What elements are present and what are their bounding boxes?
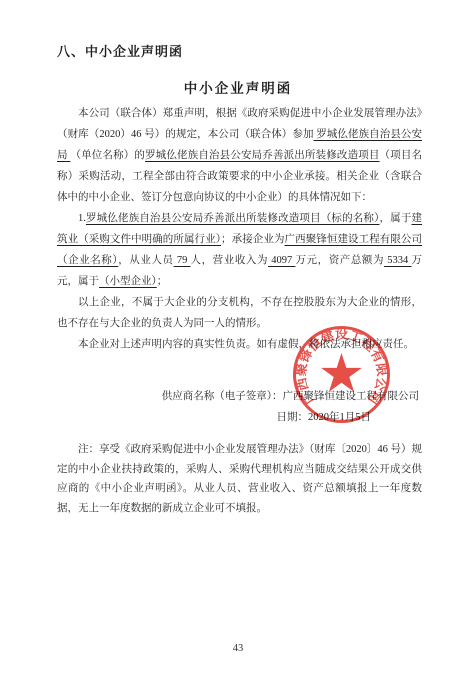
text-segment: 5334 [384, 255, 411, 266]
text-segment: ； [157, 276, 168, 287]
text-segment: 79 [174, 255, 191, 266]
date-line: 日期：2020年1月5日 [162, 407, 371, 428]
paragraph-intro: 本公司（联合体）郑重声明，根据《政府采购促进中小企业发展管理办法》（财库（202… [57, 103, 422, 208]
text-segment: ；承接企业为 [221, 234, 285, 245]
text-segment: 罗城仫佬族自治县公安局乔善派出所装修改造项目 [145, 150, 379, 161]
text-segment: ，属于 [380, 213, 412, 224]
paragraph-no-big-enterprise: 以上企业，不属于大企业的分支机构，不存在控股股东为大企业的情形，也不存在与大企业… [57, 292, 422, 334]
text-segment: 罗城仫佬族自治县公安局乔善派出所装修改造项目（标的名称） [86, 213, 380, 224]
supplier-signature-line: 供应商名称（电子签章）：广西聚锋恒建设工程有限公司 [162, 386, 419, 407]
note-paragraph: 注：享受《政府采购促进中小企业发展管理办法》（财库〔2020〕46 号）规定的中… [57, 440, 422, 518]
page-number: 43 [0, 643, 476, 654]
document-page: 八、中小企业声明函 中小企业声明函 本公司（联合体）郑重声明，根据《政府采购促进… [0, 0, 476, 673]
text-segment: ，从业人员 [118, 255, 173, 266]
signature-block: 供应商名称（电子签章）：广西聚锋恒建设工程有限公司 日期：2020年1月5日 [162, 386, 419, 428]
text-segment: （小型企业） [99, 276, 157, 287]
text-segment: （单位名称）的 [70, 150, 145, 161]
paragraph-item-1: 1.罗城仫佬族自治县公安局乔善派出所装修改造项目（标的名称），属于建筑业（采购文… [57, 208, 422, 292]
text-segment: 1. [78, 213, 86, 224]
document-title: 中小企业声明函 [0, 77, 476, 97]
section-heading: 八、中小企业声明函 [57, 41, 183, 60]
text-segment: 人，营业收入为 [191, 255, 269, 266]
text-segment: 万元，资产总额为 [295, 255, 384, 266]
text-segment: 4097 [268, 255, 295, 266]
declaration-body: 本公司（联合体）郑重声明，根据《政府采购促进中小企业发展管理办法》（财库（202… [57, 103, 422, 355]
paragraph-truthfulness: 本企业对上述声明内容的真实性负责。如有虚假，将依法承担相应责任。 [57, 334, 422, 355]
